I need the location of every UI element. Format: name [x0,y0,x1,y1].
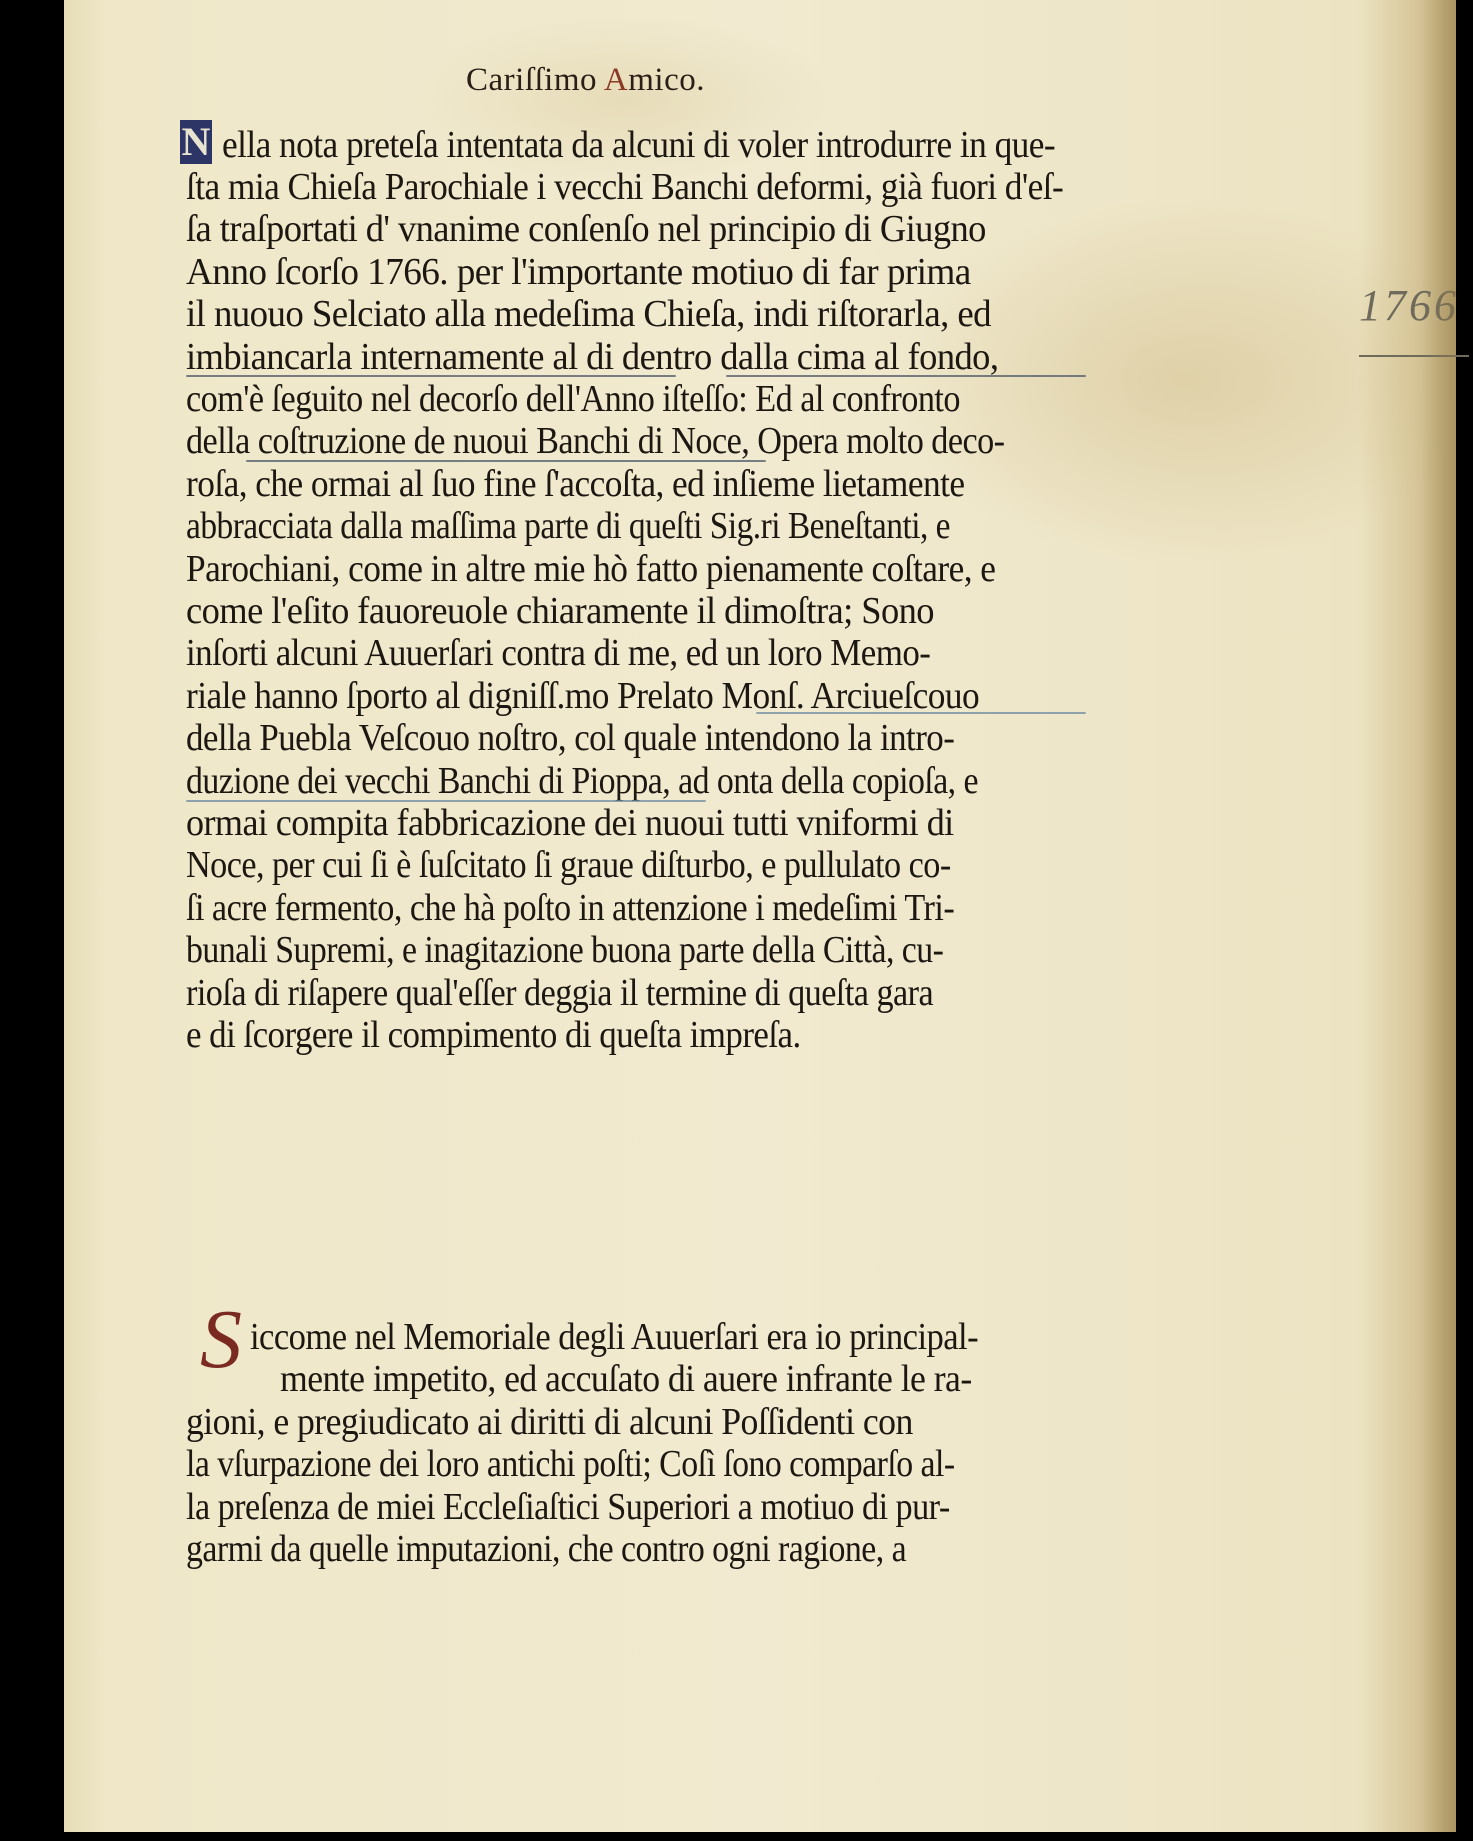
underline-mark [756,712,1086,714]
text-line: imbiancarla internamente al di dentro da… [186,336,998,378]
underline-mark [246,460,766,462]
text-line: Parochiani, come in altre mie hò fatto p… [186,548,995,590]
text-line: della Puebla Veſcouo noſtro, col quale i… [186,717,954,759]
margin-annotation-rule [1359,355,1469,357]
text-line: ormai compita fabbricazione dei nuoui tu… [186,802,954,844]
text-line: ſi acre fermento, che hà poſto in attenz… [186,887,954,929]
salutation-suffix: mico. [628,62,705,98]
text-line: garmi da quelle imputazioni, che contro … [186,1528,906,1570]
text-line: gioni, e pregiudicato ai diritti di alcu… [186,1401,913,1443]
text-line: il nuouo Selciato alla medeſima Chieſa, … [186,293,991,335]
text-line: abbracciata dalla maſſima parte di queſt… [186,505,950,547]
text-line: e di ſcorgere il compimento di queſta im… [186,1014,801,1056]
salutation-prefix: Cariſſimo [466,62,604,98]
text-line: ella nota preteſa intentata da alcuni di… [222,124,1055,166]
text-line: roſa, che ormai al ſuo fine ſ'accoſta, e… [186,463,964,505]
rubricated-initial-s: S [200,1298,242,1382]
text-line: riale hanno ſporto al digniſſ.mo Prelato… [186,675,979,717]
text-line: Anno ſcorſo 1766. per l'importante motiu… [186,251,971,293]
underline-mark [186,800,706,802]
text-line: inſorti alcuni Auuerſari contra di me, e… [186,632,930,674]
text-line: rioſa di riſapere qual'eſſer deggia il t… [186,972,933,1014]
text-line: Noce, per cui ſi è ſuſcitato ſi graue di… [186,844,951,886]
text-line: la preſenza de miei Eccleſiaſtici Superi… [186,1486,950,1528]
text-line: la vſurpazione dei loro antichi poſti; C… [186,1443,955,1485]
text-line: ſa traſportati d' vnanime conſenſo nel p… [186,208,986,250]
letter-salutation: Cariſſimo Amico. [466,62,705,99]
underline-mark [726,375,1086,377]
text-line: come l'eſito fauoreuole chiaramente il d… [186,590,934,632]
text-line: ſta mia Chieſa Parochiale i vecchi Banch… [186,166,1063,208]
text-line: della coſtruzione de nuoui Banchi di Noc… [186,420,1005,462]
manuscript-page: Cariſſimo Amico. 1766 N ella nota preteſ… [64,0,1456,1832]
text-line: iccome nel Memoriale degli Auuerſari era… [250,1316,978,1358]
text-line: bunali Supremi, e inagitazione buona par… [186,929,943,971]
underline-mark [186,375,676,377]
margin-annotation-year: 1766 [1359,280,1459,331]
illuminated-initial-n: N [180,120,212,164]
salutation-initial: A [604,62,628,98]
text-line: com'è ſeguito nel decorſo dell'Anno iſte… [186,378,960,420]
text-line: duzione dei vecchi Banchi di Pioppa, ad … [186,760,978,802]
text-line: mente impetito, ed accuſato di auere inf… [280,1358,972,1400]
